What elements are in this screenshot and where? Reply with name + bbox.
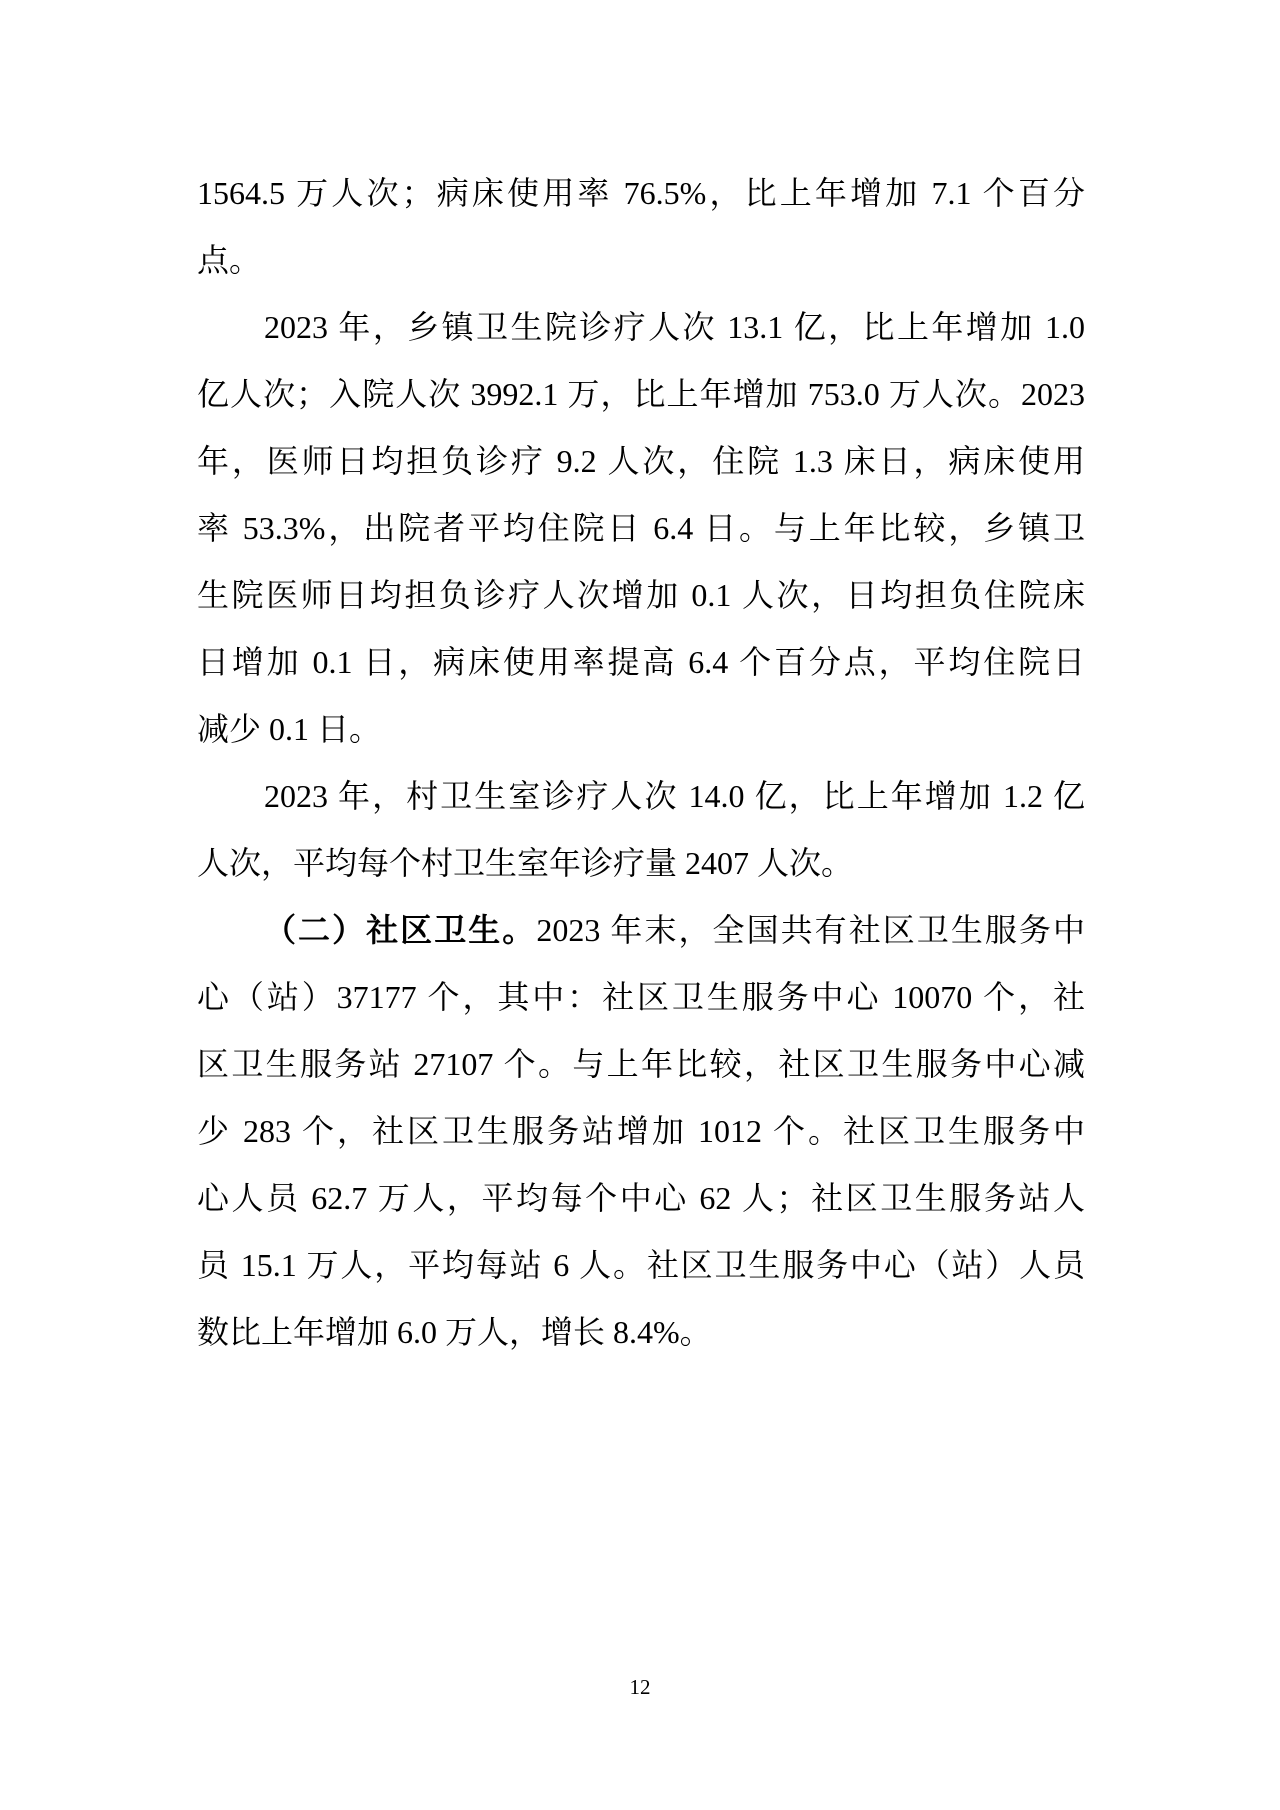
text-line: 点。 [197, 227, 1085, 294]
text-segment: 心（站）37177 个，其中：社区卫生服务中心 10070 个，社 [197, 979, 1085, 1015]
document-page: 1564.5 万人次；病床使用率 76.5%，比上年增加 7.1 个百分点。20… [0, 0, 1280, 1810]
text-line: 少 283 个，社区卫生服务站增加 1012 个。社区卫生服务中 [197, 1098, 1085, 1165]
text-line: 人次，平均每个村卫生室年诊疗量 2407 人次。 [197, 830, 1085, 897]
text-line: 1564.5 万人次；病床使用率 76.5%，比上年增加 7.1 个百分 [197, 160, 1085, 227]
text-segment: 2023 年，乡镇卫生院诊疗人次 13.1 亿，比上年增加 1.0 [264, 309, 1085, 345]
text-segment: 生院医师日均担负诊疗人次增加 0.1 人次，日均担负住院床 [197, 577, 1085, 613]
text-line: 减少 0.1 日。 [197, 696, 1085, 763]
text-line: 数比上年增加 6.0 万人，增长 8.4%。 [197, 1299, 1085, 1366]
text-segment: 日增加 0.1 日，病床使用率提高 6.4 个百分点，平均住院日 [197, 644, 1085, 680]
text-segment: 点。 [197, 242, 261, 278]
text-line: 生院医师日均担负诊疗人次增加 0.1 人次，日均担负住院床 [197, 562, 1085, 629]
text-line: （二）社区卫生。2023 年末，全国共有社区卫生服务中 [197, 897, 1085, 964]
text-segment: 减少 0.1 日。 [197, 711, 381, 747]
text-segment: 亿人次；入院人次 3992.1 万，比上年增加 753.0 万人次。2023 [197, 376, 1085, 412]
section-heading: （二）社区卫生。 [264, 912, 536, 948]
text-segment: 心人员 62.7 万人，平均每个中心 62 人；社区卫生服务站人 [197, 1180, 1085, 1216]
text-line: 亿人次；入院人次 3992.1 万，比上年增加 753.0 万人次。2023 [197, 361, 1085, 428]
text-segment: 2023 年，村卫生室诊疗人次 14.0 亿，比上年增加 1.2 亿 [264, 778, 1085, 814]
text-line: 心（站）37177 个，其中：社区卫生服务中心 10070 个，社 [197, 964, 1085, 1031]
text-line: 心人员 62.7 万人，平均每个中心 62 人；社区卫生服务站人 [197, 1165, 1085, 1232]
text-segment: 区卫生服务站 27107 个。与上年比较，社区卫生服务中心减 [197, 1046, 1085, 1082]
text-line: 2023 年，乡镇卫生院诊疗人次 13.1 亿，比上年增加 1.0 [197, 294, 1085, 361]
page-footer: 12 [0, 1672, 1280, 1702]
text-segment: 数比上年增加 6.0 万人，增长 8.4%。 [197, 1314, 712, 1350]
page-number: 12 [630, 1675, 651, 1699]
text-line: 率 53.3%，出院者平均住院日 6.4 日。与上年比较，乡镇卫 [197, 495, 1085, 562]
text-segment: 2023 年末，全国共有社区卫生服务中 [536, 912, 1085, 948]
text-segment: 年，医师日均担负诊疗 9.2 人次，住院 1.3 床日，病床使用 [197, 443, 1085, 479]
text-line: 日增加 0.1 日，病床使用率提高 6.4 个百分点，平均住院日 [197, 629, 1085, 696]
text-line: 员 15.1 万人，平均每站 6 人。社区卫生服务中心（站）人员 [197, 1232, 1085, 1299]
document-body: 1564.5 万人次；病床使用率 76.5%，比上年增加 7.1 个百分点。20… [197, 160, 1085, 1366]
text-line: 年，医师日均担负诊疗 9.2 人次，住院 1.3 床日，病床使用 [197, 428, 1085, 495]
text-segment: 率 53.3%，出院者平均住院日 6.4 日。与上年比较，乡镇卫 [197, 510, 1085, 546]
text-segment: 人次，平均每个村卫生室年诊疗量 2407 人次。 [197, 845, 853, 881]
text-segment: 少 283 个，社区卫生服务站增加 1012 个。社区卫生服务中 [197, 1113, 1085, 1149]
text-line: 2023 年，村卫生室诊疗人次 14.0 亿，比上年增加 1.2 亿 [197, 763, 1085, 830]
text-segment: 1564.5 万人次；病床使用率 76.5%，比上年增加 7.1 个百分 [197, 175, 1085, 211]
text-segment: 员 15.1 万人，平均每站 6 人。社区卫生服务中心（站）人员 [197, 1247, 1085, 1283]
text-line: 区卫生服务站 27107 个。与上年比较，社区卫生服务中心减 [197, 1031, 1085, 1098]
